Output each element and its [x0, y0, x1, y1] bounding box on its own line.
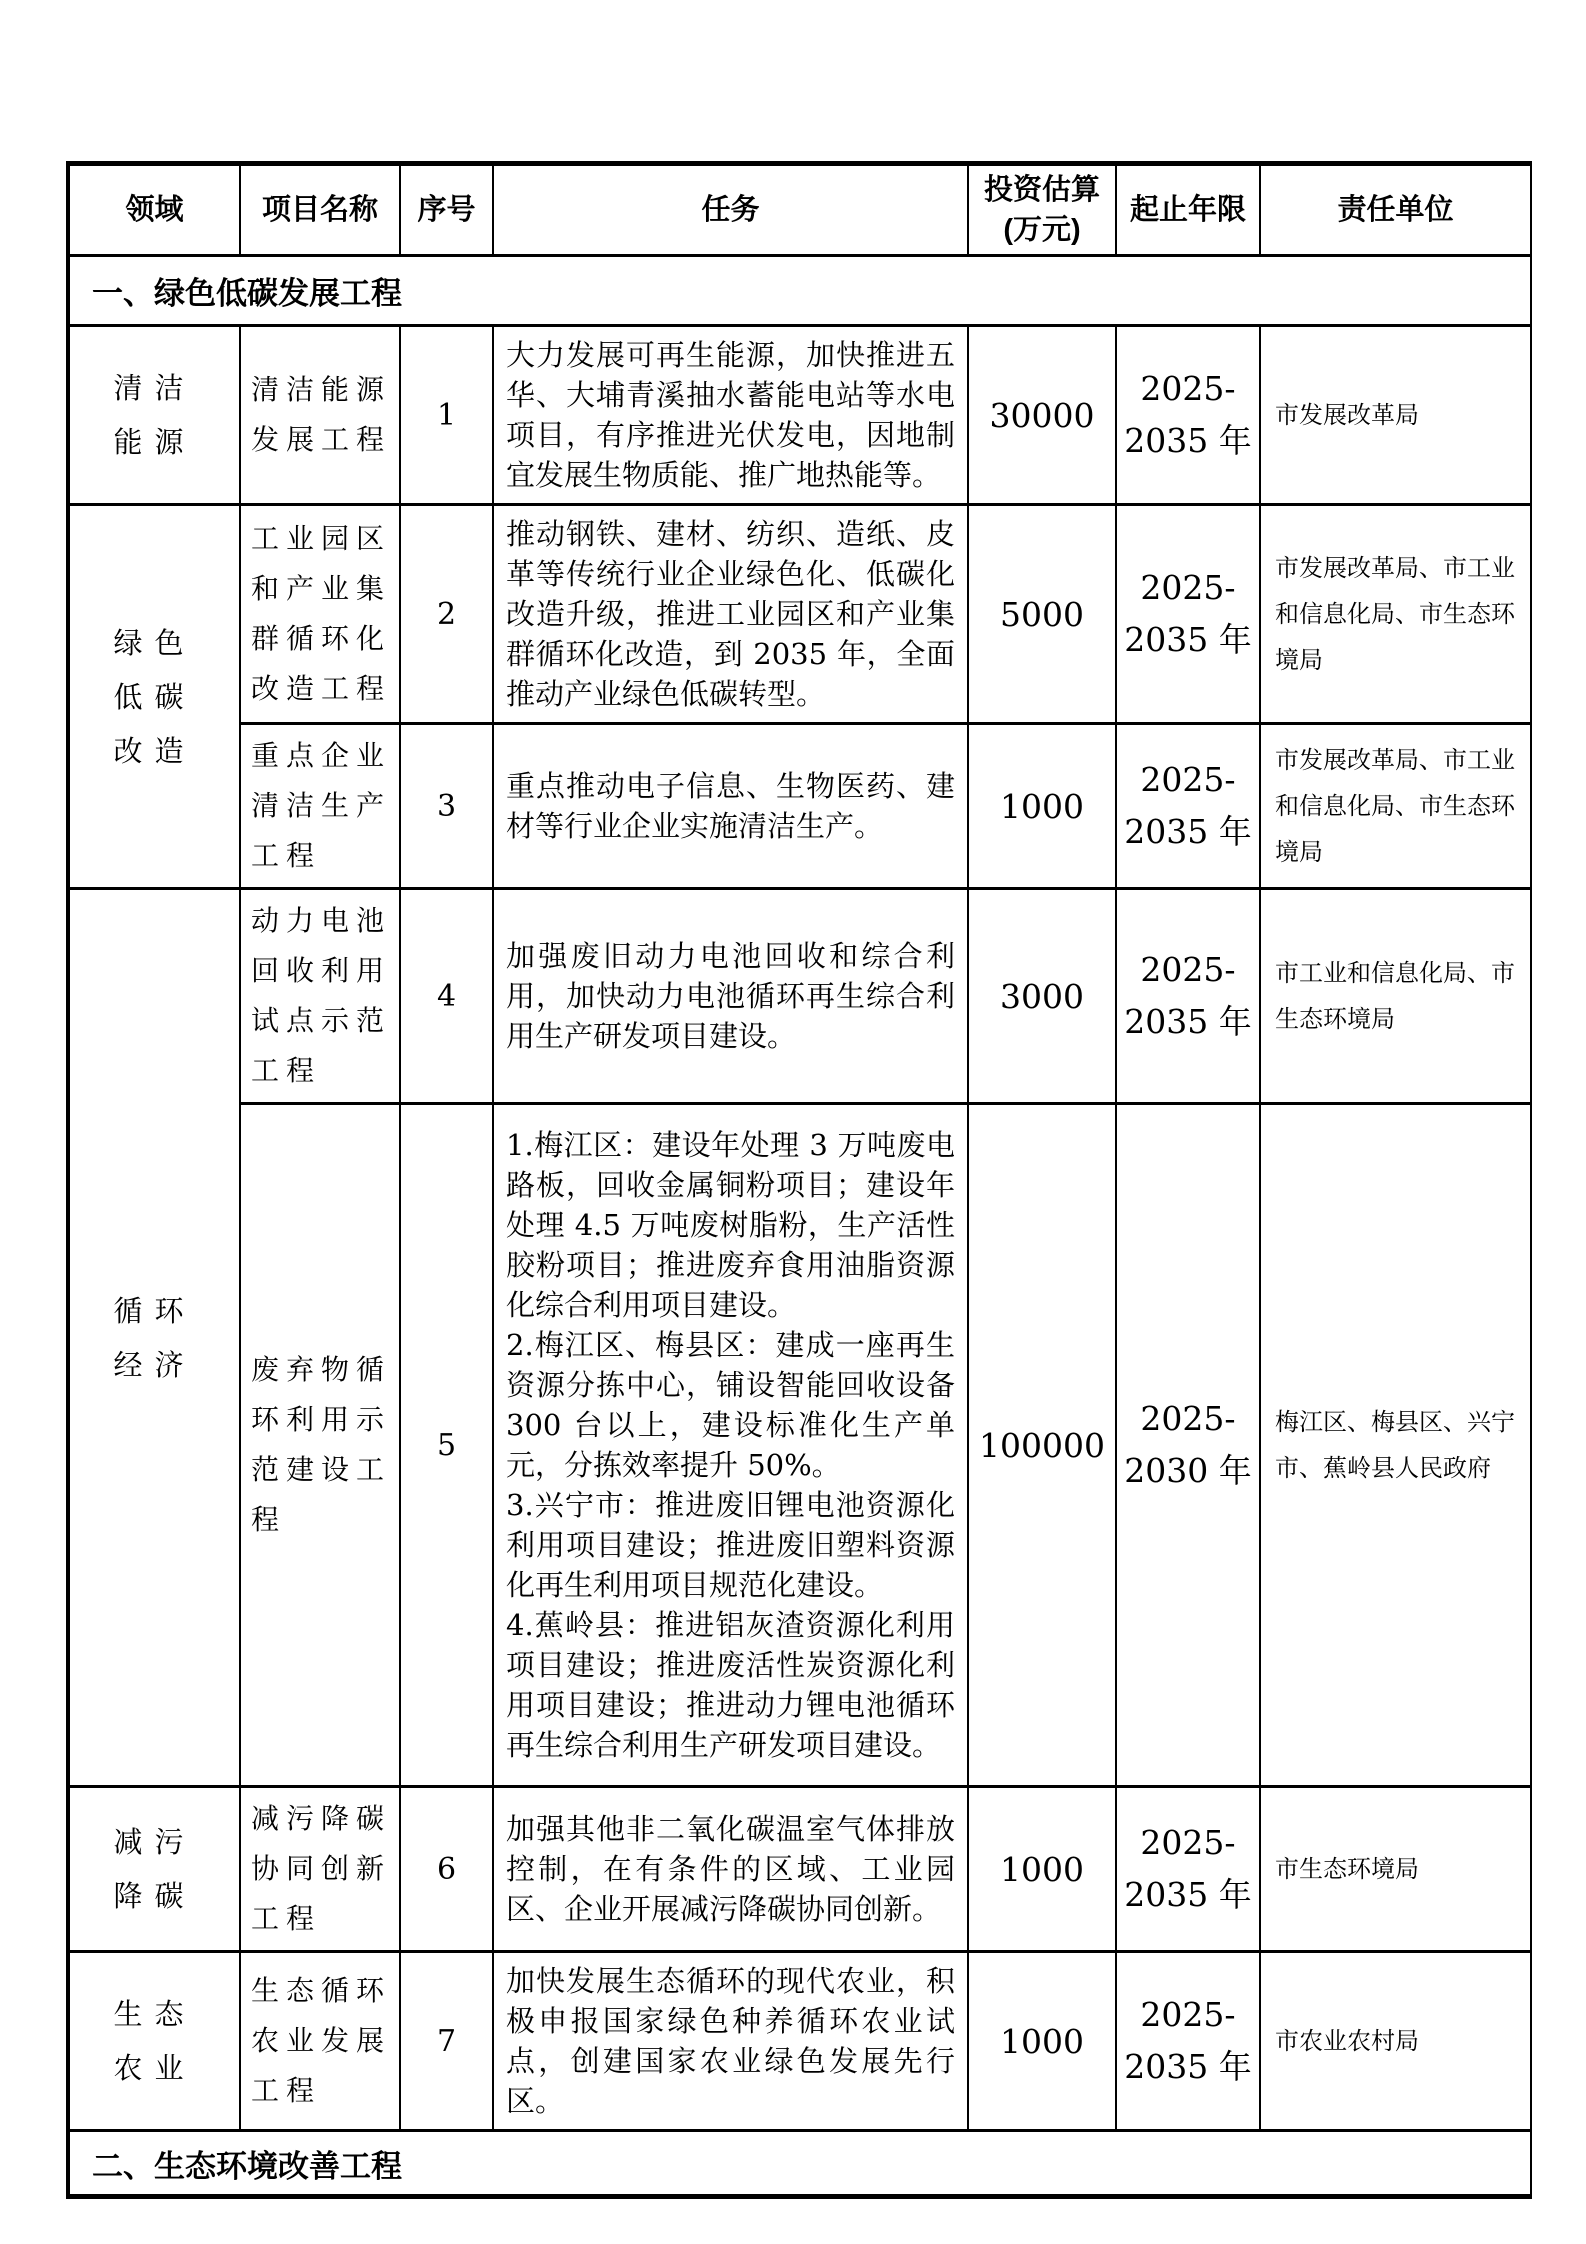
row3-investment: 1000 — [968, 724, 1116, 889]
row2-task: 推动钢铁、建材、纺织、造纸、皮革等传统行业企业绿色化、低碳化改造升级，推进工业园… — [493, 505, 968, 724]
row6-project: 减污降碳 协同创新 工程 — [240, 1787, 400, 1952]
row5-project: 废弃物循 环利用示 范建设工 程 — [240, 1104, 400, 1787]
row4-task: 加强废旧动力电池回收和综合利用，加快动力电池循环再生综合利用生产研发项目建设。 — [493, 889, 968, 1104]
row3-responsible: 市发展改革局、市工业和信息化局、市生态环境局 — [1260, 724, 1531, 889]
row2-no: 2 — [400, 505, 493, 724]
row5-no: 5 — [400, 1104, 493, 1787]
row3-task: 重点推动电子信息、生物医药、建材等行业企业实施清洁生产。 — [493, 724, 968, 889]
row1-years: 2025- 2035 年 — [1116, 326, 1260, 505]
row5-task: 1.梅江区：建设年处理 3 万吨废电路板，回收金属铜粉项目；建设年处理 4.5 … — [493, 1104, 968, 1787]
col-header-investment: 投资估算 (万元) — [968, 165, 1116, 256]
row4-no: 4 — [400, 889, 493, 1104]
section-row-2: 二、生态环境改善工程 — [69, 2131, 1531, 2196]
row7-responsible: 市农业农村局 — [1260, 1952, 1531, 2131]
row7-project: 生态循环 农业发展 工程 — [240, 1952, 400, 2131]
col-header-responsible: 责任单位 — [1260, 165, 1531, 256]
col-header-area: 领域 — [69, 165, 240, 256]
row3-no: 3 — [400, 724, 493, 889]
row1-task: 大力发展可再生能源，加快推进五华、大埔青溪抽水蓄能电站等水电项目，有序推进光伏发… — [493, 326, 968, 505]
section-row-1: 一、绿色低碳发展工程 — [69, 256, 1531, 326]
row2-project: 工业园区 和产业集 群循环化 改造工程 — [240, 505, 400, 724]
col-header-task: 任务 — [493, 165, 968, 256]
row2-responsible: 市发展改革局、市工业和信息化局、市生态环境局 — [1260, 505, 1531, 724]
row1-responsible: 市发展改革局 — [1260, 326, 1531, 505]
row6-responsible: 市生态环境局 — [1260, 1787, 1531, 1952]
table-row-7: 生态 农业 生态循环 农业发展 工程 7 加快发展生态循环的现代农业，积极申报国… — [69, 1952, 1531, 2131]
row6-years: 2025- 2035 年 — [1116, 1787, 1260, 1952]
row4-responsible: 市工业和信息化局、市生态环境局 — [1260, 889, 1531, 1104]
document-page: 领域 项目名称 序号 任务 投资估算 (万元) 起止年限 责任单位 一、绿色低碳… — [0, 0, 1586, 2244]
row7-no: 7 — [400, 1952, 493, 2131]
row4-area: 循环 经济 — [69, 889, 240, 1787]
project-table-border: 领域 项目名称 序号 任务 投资估算 (万元) 起止年限 责任单位 一、绿色低碳… — [66, 161, 1532, 2199]
row2-area: 绿色 低碳 改造 — [69, 505, 240, 889]
row1-project: 清洁能源 发展工程 — [240, 326, 400, 505]
table-row-6: 减污 降碳 减污降碳 协同创新 工程 6 加强其他非二氧化碳温室气体排放控制，在… — [69, 1787, 1531, 1952]
row5-years: 2025- 2030 年 — [1116, 1104, 1260, 1787]
section-1-label: 一、绿色低碳发展工程 — [69, 256, 1531, 326]
row1-no: 1 — [400, 326, 493, 505]
row4-investment: 3000 — [968, 889, 1116, 1104]
row6-task: 加强其他非二氧化碳温室气体排放控制，在有条件的区域、工业园区、企业开展减污降碳协… — [493, 1787, 968, 1952]
row4-project: 动力电池 回收利用 试点示范 工程 — [240, 889, 400, 1104]
row6-no: 6 — [400, 1787, 493, 1952]
row5-responsible: 梅江区、梅县区、兴宁市、蕉岭县人民政府 — [1260, 1104, 1531, 1787]
row1-investment: 30000 — [968, 326, 1116, 505]
row7-task: 加快发展生态循环的现代农业，积极申报国家绿色种养循环农业试点，创建国家农业绿色发… — [493, 1952, 968, 2131]
project-table: 领域 项目名称 序号 任务 投资估算 (万元) 起止年限 责任单位 一、绿色低碳… — [68, 163, 1532, 2197]
row2-years: 2025- 2035 年 — [1116, 505, 1260, 724]
table-row-2: 绿色 低碳 改造 工业园区 和产业集 群循环化 改造工程 2 推动钢铁、建材、纺… — [69, 505, 1531, 724]
row3-years: 2025- 2035 年 — [1116, 724, 1260, 889]
table-row-1: 清洁 能源 清洁能源 发展工程 1 大力发展可再生能源，加快推进五华、大埔青溪抽… — [69, 326, 1531, 505]
table-row-4: 循环 经济 动力电池 回收利用 试点示范 工程 4 加强废旧动力电池回收和综合利… — [69, 889, 1531, 1104]
table-row-3: 重点企业 清洁生产 工程 3 重点推动电子信息、生物医药、建材等行业企业实施清洁… — [69, 724, 1531, 889]
col-header-years: 起止年限 — [1116, 165, 1260, 256]
row6-area: 减污 降碳 — [69, 1787, 240, 1952]
row1-area: 清洁 能源 — [69, 326, 240, 505]
table-row-5: 废弃物循 环利用示 范建设工 程 5 1.梅江区：建设年处理 3 万吨废电路板，… — [69, 1104, 1531, 1787]
col-header-project: 项目名称 — [240, 165, 400, 256]
section-2-label: 二、生态环境改善工程 — [69, 2131, 1531, 2196]
row5-investment: 100000 — [968, 1104, 1116, 1787]
row6-investment: 1000 — [968, 1787, 1116, 1952]
row2-investment: 5000 — [968, 505, 1116, 724]
header-row: 领域 项目名称 序号 任务 投资估算 (万元) 起止年限 责任单位 — [69, 165, 1531, 256]
row7-years: 2025- 2035 年 — [1116, 1952, 1260, 2131]
row3-project: 重点企业 清洁生产 工程 — [240, 724, 400, 889]
row7-area: 生态 农业 — [69, 1952, 240, 2131]
row4-years: 2025- 2035 年 — [1116, 889, 1260, 1104]
col-header-no: 序号 — [400, 165, 493, 256]
row7-investment: 1000 — [968, 1952, 1116, 2131]
